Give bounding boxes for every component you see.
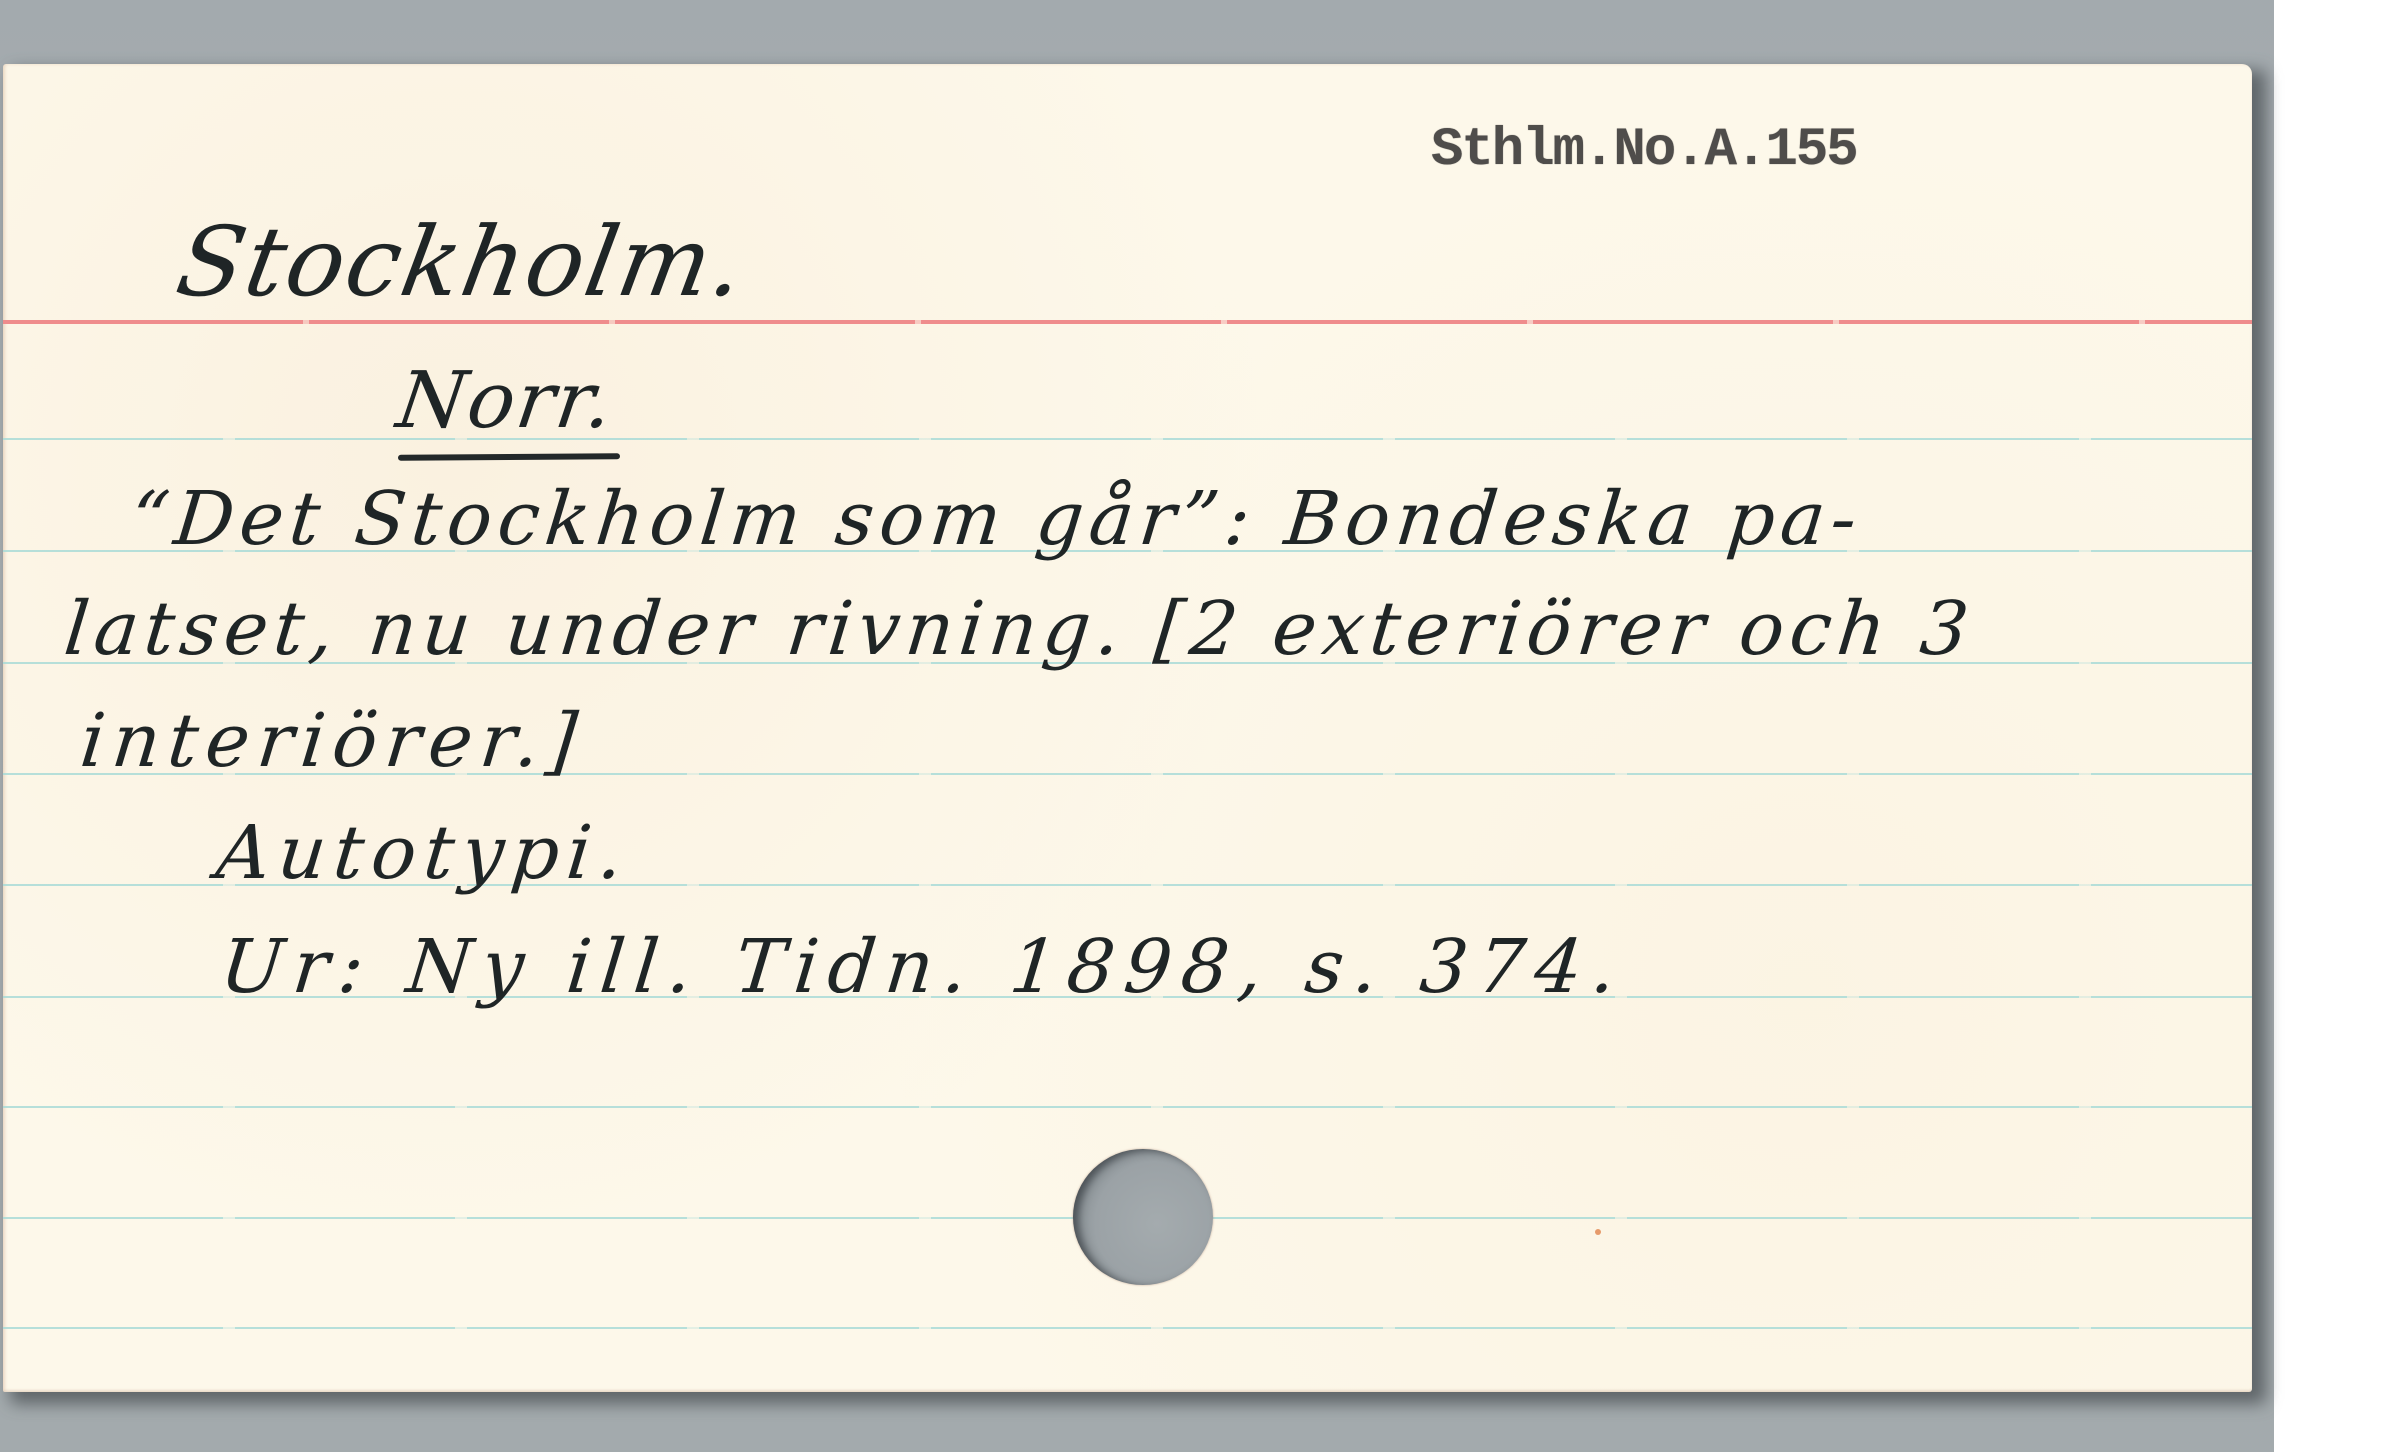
body-line-3: interiörer.] <box>77 704 588 778</box>
card-heading: Stockholm. <box>171 214 754 310</box>
red-header-rule <box>3 320 2252 324</box>
body-line-5: Ur: Ny ill. Tidn. 1898, s. 374. <box>217 930 1629 1004</box>
card-subheading: Norr. <box>393 362 620 440</box>
subheading-underline <box>398 453 620 461</box>
body-line-1: “Det Stockholm som går”: Bondeska pa- <box>127 482 1866 556</box>
blue-rule-7 <box>3 1106 2252 1108</box>
call-number: Sthlm.No.A.155 <box>1431 120 1857 181</box>
blue-rule-9 <box>3 1327 2252 1329</box>
body-line-4: Autotypi. <box>213 816 634 890</box>
catalog-card: Sthlm.No.A.155 Stockholm. Norr. “Det Sto… <box>3 64 2252 1392</box>
punch-hole <box>1073 1149 1213 1285</box>
paper-fleck <box>1595 1229 1601 1235</box>
body-line-2: latset, nu under rivning. [2 exteriörer … <box>61 592 1978 666</box>
blue-rule-1 <box>3 438 2252 440</box>
